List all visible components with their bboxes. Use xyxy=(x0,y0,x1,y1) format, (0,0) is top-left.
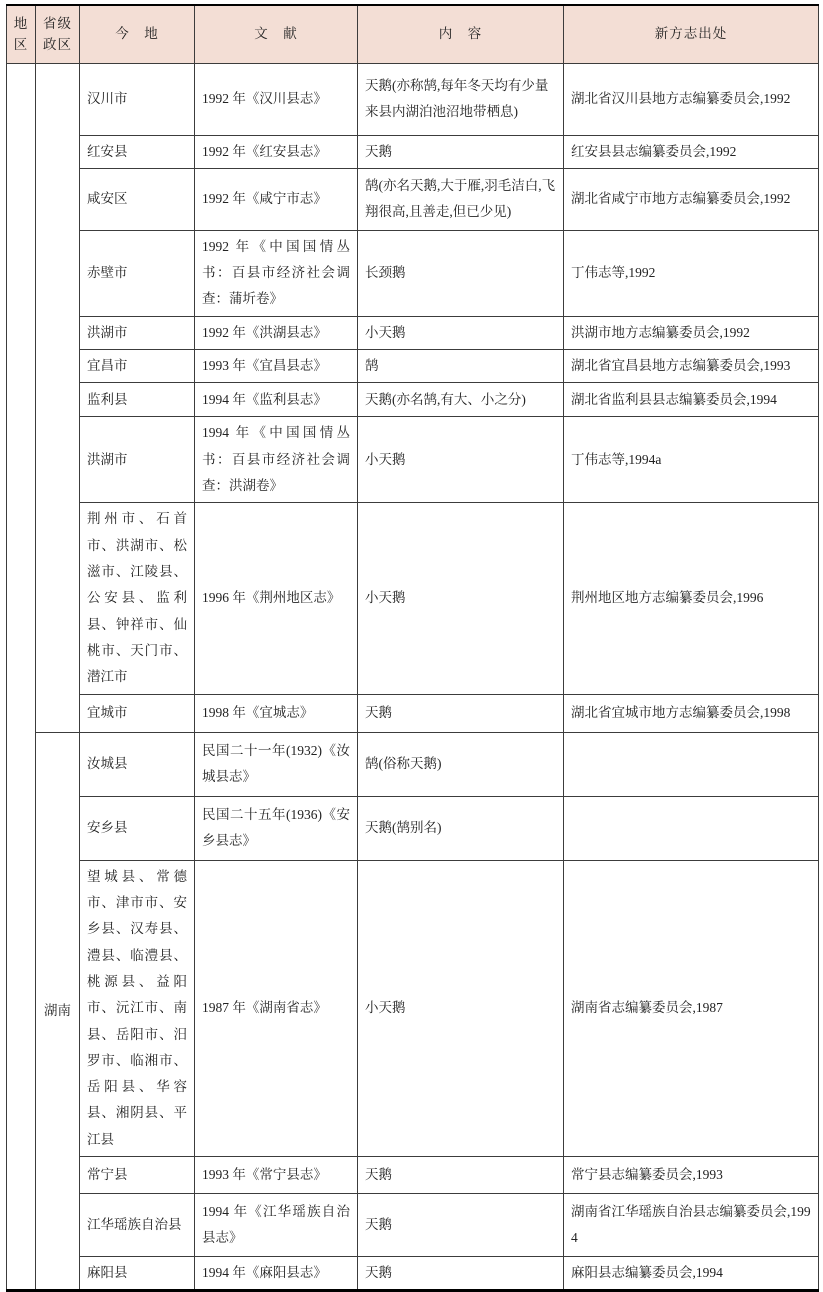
cell-source: 湖北省咸宁市地方志编纂委员会,1992 xyxy=(564,168,819,230)
table-row: 咸安区 1992 年《咸宁市志》 鹄(亦名天鹅,大于雁,羽毛洁白,飞翔很高,且善… xyxy=(7,168,819,230)
col-header-content: 内 容 xyxy=(358,5,564,63)
cell-place: 汝城县 xyxy=(80,732,195,796)
cell-source: 湖北省宜昌县地方志编纂委员会,1993 xyxy=(564,350,819,383)
col-header-region: 地区 xyxy=(7,5,36,63)
cell-source: 丁伟志等,1994a xyxy=(564,417,819,503)
table-row: 常宁县 1993 年《常宁县志》 天鹅 常宁县志编纂委员会,1993 xyxy=(7,1157,819,1194)
table-row: 湖南 汝城县 民国二十一年(1932)《汝城县志》 鹄(俗称天鹅) xyxy=(7,732,819,796)
cell-literature: 1993 年《宜昌县志》 xyxy=(195,350,358,383)
cell-literature: 1994 年《江华瑶族自治县志》 xyxy=(195,1194,358,1257)
cell-content: 天鹅 xyxy=(358,694,564,732)
cell-source: 荆州地区地方志编纂委员会,1996 xyxy=(564,503,819,694)
table-row: 赤壁市 1992 年《中国国情丛书：百县市经济社会调查：蒲圻卷》 长颈鹅 丁伟志… xyxy=(7,230,819,316)
cell-source: 湖北省宜城市地方志编纂委员会,1998 xyxy=(564,694,819,732)
cell-content: 小天鹅 xyxy=(358,316,564,349)
gazetteer-swan-records-table: 地区 省级政区 今 地 文 献 内 容 新方志出处 汉川市 1992 年《汉川县… xyxy=(6,4,819,1292)
table-row: 安乡县 民国二十五年(1936)《安乡县志》 天鹅(鹄别名) xyxy=(7,796,819,860)
cell-literature: 1992 年《红安县志》 xyxy=(195,135,358,168)
header-row: 地区 省级政区 今 地 文 献 内 容 新方志出处 xyxy=(7,5,819,63)
cell-content: 鹄(亦名天鹅,大于雁,羽毛洁白,飞翔很高,且善走,但已少见) xyxy=(358,168,564,230)
cell-content: 天鹅(亦称鹄,每年冬天均有少量来县内湖泊池沼地带栖息) xyxy=(358,63,564,135)
cell-content: 小天鹅 xyxy=(358,860,564,1156)
cell-source: 湖北省监利县县志编纂委员会,1994 xyxy=(564,383,819,417)
cell-literature: 民国二十五年(1936)《安乡县志》 xyxy=(195,796,358,860)
cell-place: 洪湖市 xyxy=(80,316,195,349)
cell-place: 汉川市 xyxy=(80,63,195,135)
cell-literature: 1994 年《监利县志》 xyxy=(195,383,358,417)
cell-place: 宜昌市 xyxy=(80,350,195,383)
table-row: 宜昌市 1993 年《宜昌县志》 鹄 湖北省宜昌县地方志编纂委员会,1993 xyxy=(7,350,819,383)
cell-literature: 1992 年《咸宁市志》 xyxy=(195,168,358,230)
col-header-province: 省级政区 xyxy=(36,5,80,63)
cell-literature: 1987 年《湖南省志》 xyxy=(195,860,358,1156)
table-row: 宜城市 1998 年《宜城志》 天鹅 湖北省宜城市地方志编纂委员会,1998 xyxy=(7,694,819,732)
region-cell-empty xyxy=(7,63,36,1291)
cell-source: 湖南省江华瑶族自治县志编纂委员会,1994 xyxy=(564,1194,819,1257)
cell-content: 天鹅 xyxy=(358,1157,564,1194)
cell-content: 天鹅(亦名鹄,有大、小之分) xyxy=(358,383,564,417)
province-cell-hunan: 湖南 xyxy=(36,732,80,1291)
cell-place: 红安县 xyxy=(80,135,195,168)
scanned-gazetteer-page: 地区 省级政区 今 地 文 献 内 容 新方志出处 汉川市 1992 年《汉川县… xyxy=(0,0,823,1156)
table-row: 监利县 1994 年《监利县志》 天鹅(亦名鹄,有大、小之分) 湖北省监利县县志… xyxy=(7,383,819,417)
cell-place: 江华瑶族自治县 xyxy=(80,1194,195,1257)
cell-literature: 民国二十一年(1932)《汝城县志》 xyxy=(195,732,358,796)
cell-content: 鹄 xyxy=(358,350,564,383)
cell-literature: 1994 年《中国国情丛书：百县市经济社会调查：洪湖卷》 xyxy=(195,417,358,503)
cell-place: 宜城市 xyxy=(80,694,195,732)
table-row: 麻阳县 1994 年《麻阳县志》 天鹅 麻阳县志编纂委员会,1994 xyxy=(7,1257,819,1291)
cell-content: 小天鹅 xyxy=(358,417,564,503)
cell-source xyxy=(564,796,819,860)
cell-content: 天鹅(鹄别名) xyxy=(358,796,564,860)
cell-content: 长颈鹅 xyxy=(358,230,564,316)
cell-source: 常宁县志编纂委员会,1993 xyxy=(564,1157,819,1194)
cell-literature: 1998 年《宜城志》 xyxy=(195,694,358,732)
cell-source: 丁伟志等,1992 xyxy=(564,230,819,316)
cell-content: 天鹅 xyxy=(358,1257,564,1291)
cell-source: 湖南省志编纂委员会,1987 xyxy=(564,860,819,1156)
cell-literature: 1994 年《麻阳县志》 xyxy=(195,1257,358,1291)
cell-literature: 1996 年《荆州地区志》 xyxy=(195,503,358,694)
cell-place: 赤壁市 xyxy=(80,230,195,316)
col-header-source: 新方志出处 xyxy=(564,5,819,63)
cell-source: 红安县县志编纂委员会,1992 xyxy=(564,135,819,168)
table-row: 江华瑶族自治县 1994 年《江华瑶族自治县志》 天鹅 湖南省江华瑶族自治县志编… xyxy=(7,1194,819,1257)
col-header-place: 今 地 xyxy=(80,5,195,63)
cell-place: 咸安区 xyxy=(80,168,195,230)
cell-literature: 1992 年《洪湖县志》 xyxy=(195,316,358,349)
cell-place: 荆州市、石首市、洪湖市、松滋市、江陵县、公安县、监利县、钟祥市、仙桃市、天门市、… xyxy=(80,503,195,694)
cell-place: 望城县、常德市、津市市、安乡县、汉寿县、澧县、临澧县、桃源县、益阳市、沅江市、南… xyxy=(80,860,195,1156)
cell-content: 天鹅 xyxy=(358,135,564,168)
province-cell-hubei-continued xyxy=(36,63,80,732)
cell-content: 天鹅 xyxy=(358,1194,564,1257)
cell-place: 安乡县 xyxy=(80,796,195,860)
cell-source xyxy=(564,732,819,796)
cell-place: 麻阳县 xyxy=(80,1257,195,1291)
table-row: 洪湖市 1992 年《洪湖县志》 小天鹅 洪湖市地方志编纂委员会,1992 xyxy=(7,316,819,349)
col-header-literature: 文 献 xyxy=(195,5,358,63)
table-row: 荆州市、石首市、洪湖市、松滋市、江陵县、公安县、监利县、钟祥市、仙桃市、天门市、… xyxy=(7,503,819,694)
cell-place: 常宁县 xyxy=(80,1157,195,1194)
cell-content: 鹄(俗称天鹅) xyxy=(358,732,564,796)
cell-source: 湖北省汉川县地方志编纂委员会,1992 xyxy=(564,63,819,135)
cell-source: 麻阳县志编纂委员会,1994 xyxy=(564,1257,819,1291)
table-row: 红安县 1992 年《红安县志》 天鹅 红安县县志编纂委员会,1992 xyxy=(7,135,819,168)
cell-literature: 1993 年《常宁县志》 xyxy=(195,1157,358,1194)
table-row: 汉川市 1992 年《汉川县志》 天鹅(亦称鹄,每年冬天均有少量来县内湖泊池沼地… xyxy=(7,63,819,135)
cell-place: 洪湖市 xyxy=(80,417,195,503)
table-row: 洪湖市 1994 年《中国国情丛书：百县市经济社会调查：洪湖卷》 小天鹅 丁伟志… xyxy=(7,417,819,503)
cell-literature: 1992 年《中国国情丛书：百县市经济社会调查：蒲圻卷》 xyxy=(195,230,358,316)
cell-literature: 1992 年《汉川县志》 xyxy=(195,63,358,135)
table-row: 望城县、常德市、津市市、安乡县、汉寿县、澧县、临澧县、桃源县、益阳市、沅江市、南… xyxy=(7,860,819,1156)
cell-place: 监利县 xyxy=(80,383,195,417)
cell-content: 小天鹅 xyxy=(358,503,564,694)
cell-source: 洪湖市地方志编纂委员会,1992 xyxy=(564,316,819,349)
